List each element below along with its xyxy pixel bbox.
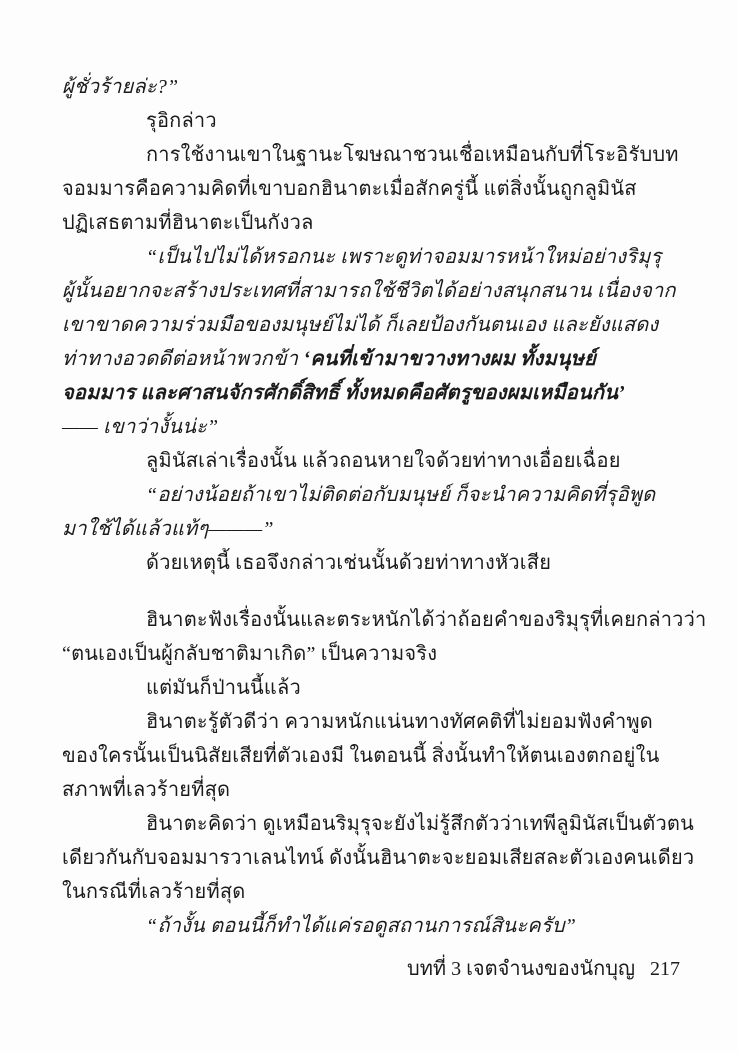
footer-page-number: 217 <box>650 952 680 986</box>
text-segment: ผู้นั้นอยากจะสร้างประเทศที่สามารถใช้ชีวิ… <box>62 280 676 302</box>
text-segment: มาใช้ได้แล้วแท้ๆ———” <box>62 518 274 540</box>
text-segment: เดียวกันกับจอมมารวาเลนไทน์ ดังนั้นฮินาตะ… <box>62 847 694 869</box>
text-segment: ฮินาตะคิดว่า ดูเหมือนริมุรุจะยังไม่รู้สึ… <box>146 813 694 835</box>
paragraph-line: “อย่างน้อยถ้าเขาไม่ติดต่อกับมนุษย์ ก็จะน… <box>62 478 680 512</box>
paragraph-line: จอมมารคือความคิดที่เขาบอกฮินาตะเมื่อสักค… <box>62 172 680 206</box>
paragraph-line: “ตนเองเป็นผู้กลับชาติมาเกิด” เป็นความจริ… <box>62 637 680 671</box>
text-segment: สภาพที่เลวร้ายที่สุด <box>62 779 230 801</box>
paragraph-line: เดียวกันกับจอมมารวาเลนไทน์ ดังนั้นฮินาตะ… <box>62 841 680 875</box>
paragraph-line: มาใช้ได้แล้วแท้ๆ———” <box>62 512 680 546</box>
text-segment: “ตนเองเป็นผู้กลับชาติมาเกิด” เป็นความจริ… <box>62 643 437 665</box>
paragraph-line: ลูมินัสเล่าเรื่องนั้น แล้วถอนหายใจด้วยท่… <box>62 444 680 478</box>
text-segment: “อย่างน้อยถ้าเขาไม่ติดต่อกับมนุษย์ ก็จะน… <box>146 484 655 506</box>
paragraph-line: ปฏิเสธตามที่ฮินาตะเป็นกังวล <box>62 206 680 240</box>
text-segment: ฮินาตะรู้ตัวดีว่า ความหนักแน่นทางทัศคติท… <box>146 711 653 733</box>
paragraph-line: การใช้งานเขาในฐานะโฆษณาชวนเชื่อเหมือนกับ… <box>62 138 680 172</box>
paragraph-line: ฮินาตะรู้ตัวดีว่า ความหนักแน่นทางทัศคติท… <box>62 705 680 739</box>
text-segment: ท่าทางอวดดีต่อหน้าพวกข้า <box>62 348 303 370</box>
text-segment: “ถ้างั้น ตอนนี้ก็ทำได้แค่รอดูสถานการณ์สิ… <box>146 915 576 937</box>
text-segment: ในกรณีที่เลวร้ายที่สุด <box>62 881 245 903</box>
text-segment: เขาขาดความร่วมมือของมนุษย์ไม่ได้ ก็เลยป้… <box>62 314 658 336</box>
text-segment: ด้วยเหตุนี้ เธอจึงกล่าวเช่นนั้นด้วยท่าทา… <box>146 552 551 574</box>
text-block: ผู้ชั่วร้ายล่ะ?”รุอิกล่าวการใช้งานเขาในฐ… <box>62 70 680 943</box>
page-footer: บทที่ 3 เจตจำนงของนักบุญ217 <box>62 952 680 986</box>
paragraph-line: เขาขาดความร่วมมือของมนุษย์ไม่ได้ ก็เลยป้… <box>62 308 680 342</box>
paragraph-line: แต่มันก็ป่านนี้แล้ว <box>62 671 680 705</box>
book-page: ผู้ชั่วร้ายล่ะ?”รุอิกล่าวการใช้งานเขาในฐ… <box>0 0 738 1051</box>
paragraph-line: ฮินาตะฟังเรื่องนั้นและตระหนักได้ว่าถ้อยค… <box>62 603 680 637</box>
paragraph-line: ในกรณีที่เลวร้ายที่สุด <box>62 875 680 909</box>
paragraph-line: จอมมาร และศาสนจักรศักดิ์สิทธิ์ ทั้งหมดคื… <box>62 376 680 410</box>
text-segment: การใช้งานเขาในฐานะโฆษณาชวนเชื่อเหมือนกับ… <box>146 144 679 166</box>
paragraph-line: “ถ้างั้น ตอนนี้ก็ทำได้แค่รอดูสถานการณ์สิ… <box>62 909 680 943</box>
paragraph-line: —— เขาว่างั้นน่ะ” <box>62 410 680 444</box>
text-segment: ลูมินัสเล่าเรื่องนั้น แล้วถอนหายใจด้วยท่… <box>146 450 621 472</box>
paragraph-line: “เป็นไปไม่ได้หรอกนะ เพราะดูท่าจอมมารหน้า… <box>62 240 680 274</box>
paragraph-line: ท่าทางอวดดีต่อหน้าพวกข้า ‘คนที่เข้ามาขวา… <box>62 342 680 376</box>
paragraph-line: ของใครนั้นเป็นนิสัยเสียที่ตัวเองมี ในตอน… <box>62 739 680 773</box>
text-segment: “เป็นไปไม่ได้หรอกนะ เพราะดูท่าจอมมารหน้า… <box>146 246 661 268</box>
paragraph-line: ด้วยเหตุนี้ เธอจึงกล่าวเช่นนั้นด้วยท่าทา… <box>62 546 680 580</box>
paragraph-line: สภาพที่เลวร้ายที่สุด <box>62 773 680 807</box>
text-segment: แต่มันก็ป่านนี้แล้ว <box>146 677 301 699</box>
text-segment: ปฏิเสธตามที่ฮินาตะเป็นกังวล <box>62 212 314 234</box>
paragraph-line: ผู้ชั่วร้ายล่ะ?” <box>62 70 680 104</box>
paragraph-line: รุอิกล่าว <box>62 104 680 138</box>
paragraph-line: ฮินาตะคิดว่า ดูเหมือนริมุรุจะยังไม่รู้สึ… <box>62 807 680 841</box>
text-segment: ฮินาตะฟังเรื่องนั้นและตระหนักได้ว่าถ้อยค… <box>146 609 706 631</box>
text-segment: รุอิกล่าว <box>146 110 217 132</box>
text-segment: ผู้ชั่วร้ายล่ะ?” <box>62 76 178 98</box>
text-segment: จอมมาร และศาสนจักรศักดิ์สิทธิ์ ทั้งหมดคื… <box>62 382 625 404</box>
footer-chapter-title: บทที่ 3 เจตจำนงของนักบุญ <box>407 958 635 980</box>
scene-break <box>62 580 680 603</box>
text-segment: ‘คนที่เข้ามาขวางทางผม ทั้งมนุษย์ <box>303 348 596 370</box>
paragraph-line: ผู้นั้นอยากจะสร้างประเทศที่สามารถใช้ชีวิ… <box>62 274 680 308</box>
text-segment: —— เขาว่างั้นน่ะ” <box>62 416 218 438</box>
text-segment: ของใครนั้นเป็นนิสัยเสียที่ตัวเองมี ในตอน… <box>62 745 659 767</box>
text-segment: จอมมารคือความคิดที่เขาบอกฮินาตะเมื่อสักค… <box>62 178 637 200</box>
